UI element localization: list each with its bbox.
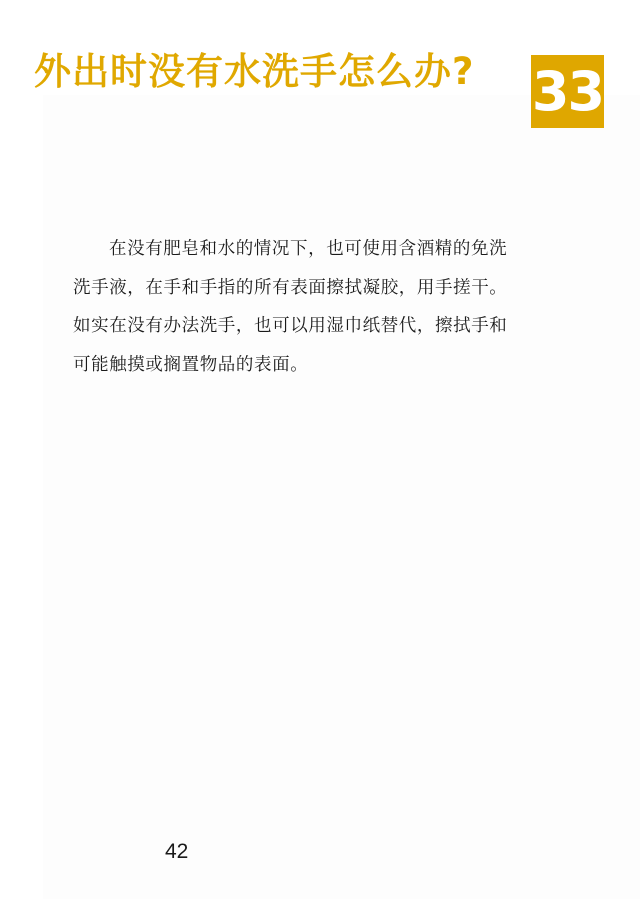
page-number: 42 [165,840,188,864]
section-number-badge: 33 [531,55,604,128]
body-paragraph: 在没有肥皂和水的情况下，也可使用含酒精的免洗洗手液，在手和手指的所有表面擦拭凝胶… [73,230,523,384]
page-title: 外出时没有水洗手怎么办? [34,48,474,96]
section-number: 33 [532,60,603,123]
page-panel [43,95,640,899]
